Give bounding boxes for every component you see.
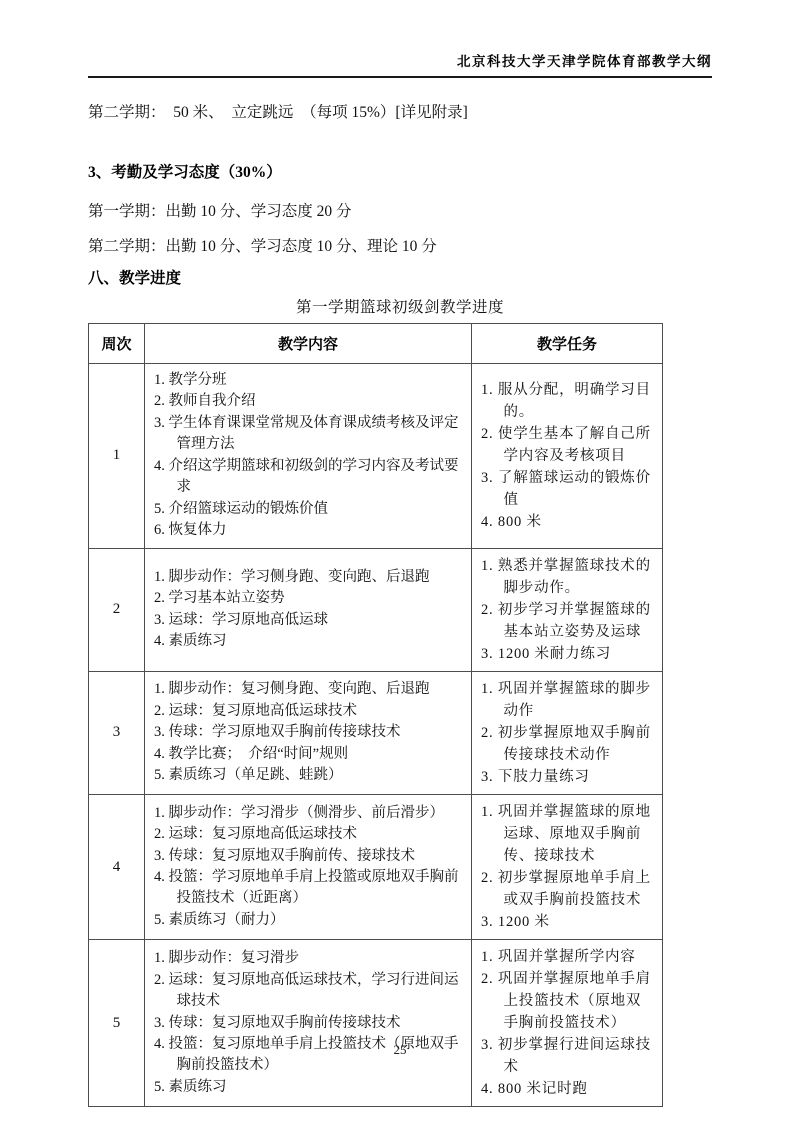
schedule-row: 11. 教学分班2. 教师自我介绍3. 学生体育课课堂常规及体育课成绩考核及评定… (89, 364, 663, 549)
attendance-heading: 3、考勤及学习态度（30%） (88, 122, 712, 182)
task-item: 2. 使学生基本了解自己所学内容及考核项目 (481, 423, 654, 467)
week-number: 2 (89, 548, 145, 671)
page-content: 北京科技大学天津学院体育部教学大纲 第二学期： 50 米、 立定跳远 （每项 1… (0, 0, 800, 1107)
task-item: 4. 800 米记时跑 (481, 1078, 654, 1100)
task-item: 3. 1200 米耐力练习 (481, 643, 654, 665)
week-number: 3 (89, 671, 145, 794)
content-item: 1. 脚步动作：复习滑步 (154, 948, 463, 969)
task-item: 3. 了解篮球运动的锻炼价值 (481, 467, 654, 511)
progress-heading: 八、教学进度 (88, 256, 712, 288)
schedule-header-row: 周次 教学内容 教学任务 (89, 324, 663, 364)
content-item: 3. 学生体育课课堂常规及体育课成绩考核及评定管理方法 (154, 413, 463, 456)
content-item: 1. 教学分班 (154, 370, 463, 391)
content-item: 2. 运球：复习原地高低运球技术 (154, 824, 463, 845)
task-item: 1. 巩固并掌握所学内容 (481, 946, 654, 968)
semester1-detail-line: 第一学期：出勤 10 分、学习态度 20 分 (88, 182, 712, 221)
schedule-row: 51. 脚步动作：复习滑步2. 运球：复习原地高低运球技术，学习行进间运球技术3… (89, 940, 663, 1107)
content-item: 5. 素质练习（耐力） (154, 910, 463, 931)
content-item: 2. 运球：复习原地高低运球技术 (154, 701, 463, 722)
content-item: 4. 介绍这学期篮球和初级剑的学习内容及考试要求 (154, 456, 463, 499)
document-page: 北京科技大学天津学院体育部教学大纲 第二学期： 50 米、 立定跳远 （每项 1… (0, 0, 800, 1131)
content-item: 3. 运球：学习原地高低运球 (154, 610, 463, 631)
content-item: 2. 运球：复习原地高低运球技术，学习行进间运球技术 (154, 970, 463, 1013)
task-item: 2. 巩固并掌握原地单手肩上投篮技术（原地双手胸前投篮技术） (481, 968, 654, 1034)
schedule-table-body: 11. 教学分班2. 教师自我介绍3. 学生体育课课堂常规及体育课成绩考核及评定… (89, 364, 663, 1107)
col-header-task: 教学任务 (472, 324, 663, 364)
content-item: 4. 教学比赛； 介绍“时间”规则 (154, 744, 463, 765)
content-item: 5. 素质练习 (154, 1077, 463, 1098)
task-item: 3. 下肢力量练习 (481, 766, 654, 788)
content-item: 5. 素质练习（单足跳、蛙跳） (154, 765, 463, 786)
col-header-content: 教学内容 (145, 324, 472, 364)
content-item: 3. 传球：学习原地双手胸前传接球技术 (154, 722, 463, 743)
week-number: 1 (89, 364, 145, 549)
semester2-detail-line: 第二学期：出勤 10 分、学习态度 10 分、理论 10 分 (88, 221, 712, 256)
task-item: 4. 800 米 (481, 511, 654, 533)
content-item: 2. 教师自我介绍 (154, 391, 463, 412)
col-header-week: 周次 (89, 324, 145, 364)
page-number: 25 (0, 1042, 800, 1058)
content-item: 1. 脚步动作：学习侧身跑、变向跑、后退跑 (154, 567, 463, 588)
schedule-row: 21. 脚步动作：学习侧身跑、变向跑、后退跑2. 学习基本站立姿势3. 运球：学… (89, 548, 663, 671)
schedule-table: 周次 教学内容 教学任务 11. 教学分班2. 教师自我介绍3. 学生体育课课堂… (88, 323, 663, 1107)
content-item: 1. 脚步动作：复习侧身跑、变向跑、后退跑 (154, 679, 463, 700)
task-item: 2. 初步掌握原地双手胸前传接球技术动作 (481, 722, 654, 766)
schedule-row: 31. 脚步动作：复习侧身跑、变向跑、后退跑2. 运球：复习原地高低运球技术3.… (89, 671, 663, 794)
content-item: 4. 投篮：学习原地单手肩上投篮或原地双手胸前投篮技术（近距离） (154, 867, 463, 910)
content-item: 6. 恢复体力 (154, 520, 463, 541)
content-item: 3. 传球：复习原地双手胸前传、接球技术 (154, 846, 463, 867)
header-rule (88, 76, 712, 78)
task-item: 1. 服从分配，明确学习目的。 (481, 379, 654, 423)
header-title: 北京科技大学天津学院体育部教学大纲 (88, 0, 712, 70)
task-item: 2. 初步掌握原地单手肩上或双手胸前投篮技术 (481, 867, 654, 911)
content-item: 3. 传球：复习原地双手胸前传接球技术 (154, 1013, 463, 1034)
week-number: 5 (89, 940, 145, 1107)
task-item: 1. 巩固并掌握篮球的脚步动作 (481, 678, 654, 722)
content-item: 5. 介绍篮球运动的锻炼价值 (154, 499, 463, 520)
task-item: 3. 1200 米 (481, 911, 654, 933)
content-item: 1. 脚步动作：学习滑步（侧滑步、前后滑步） (154, 803, 463, 824)
task-item: 2. 初步学习并掌握篮球的基本站立姿势及运球 (481, 599, 654, 643)
task-item: 1. 熟悉并掌握篮球技术的脚步动作。 (481, 555, 654, 599)
task-item: 1. 巩固并掌握篮球的原地运球、原地双手胸前传、接球技术 (481, 801, 654, 867)
semester2-exam-line: 第二学期： 50 米、 立定跳远 （每项 15%）[详见附录] (88, 86, 712, 122)
content-item: 2. 学习基本站立姿势 (154, 588, 463, 609)
week-number: 4 (89, 794, 145, 939)
content-item: 4. 素质练习 (154, 631, 463, 652)
schedule-table-title: 第一学期篮球初级剑教学进度 (88, 288, 712, 323)
schedule-row: 41. 脚步动作：学习滑步（侧滑步、前后滑步）2. 运球：复习原地高低运球技术3… (89, 794, 663, 939)
